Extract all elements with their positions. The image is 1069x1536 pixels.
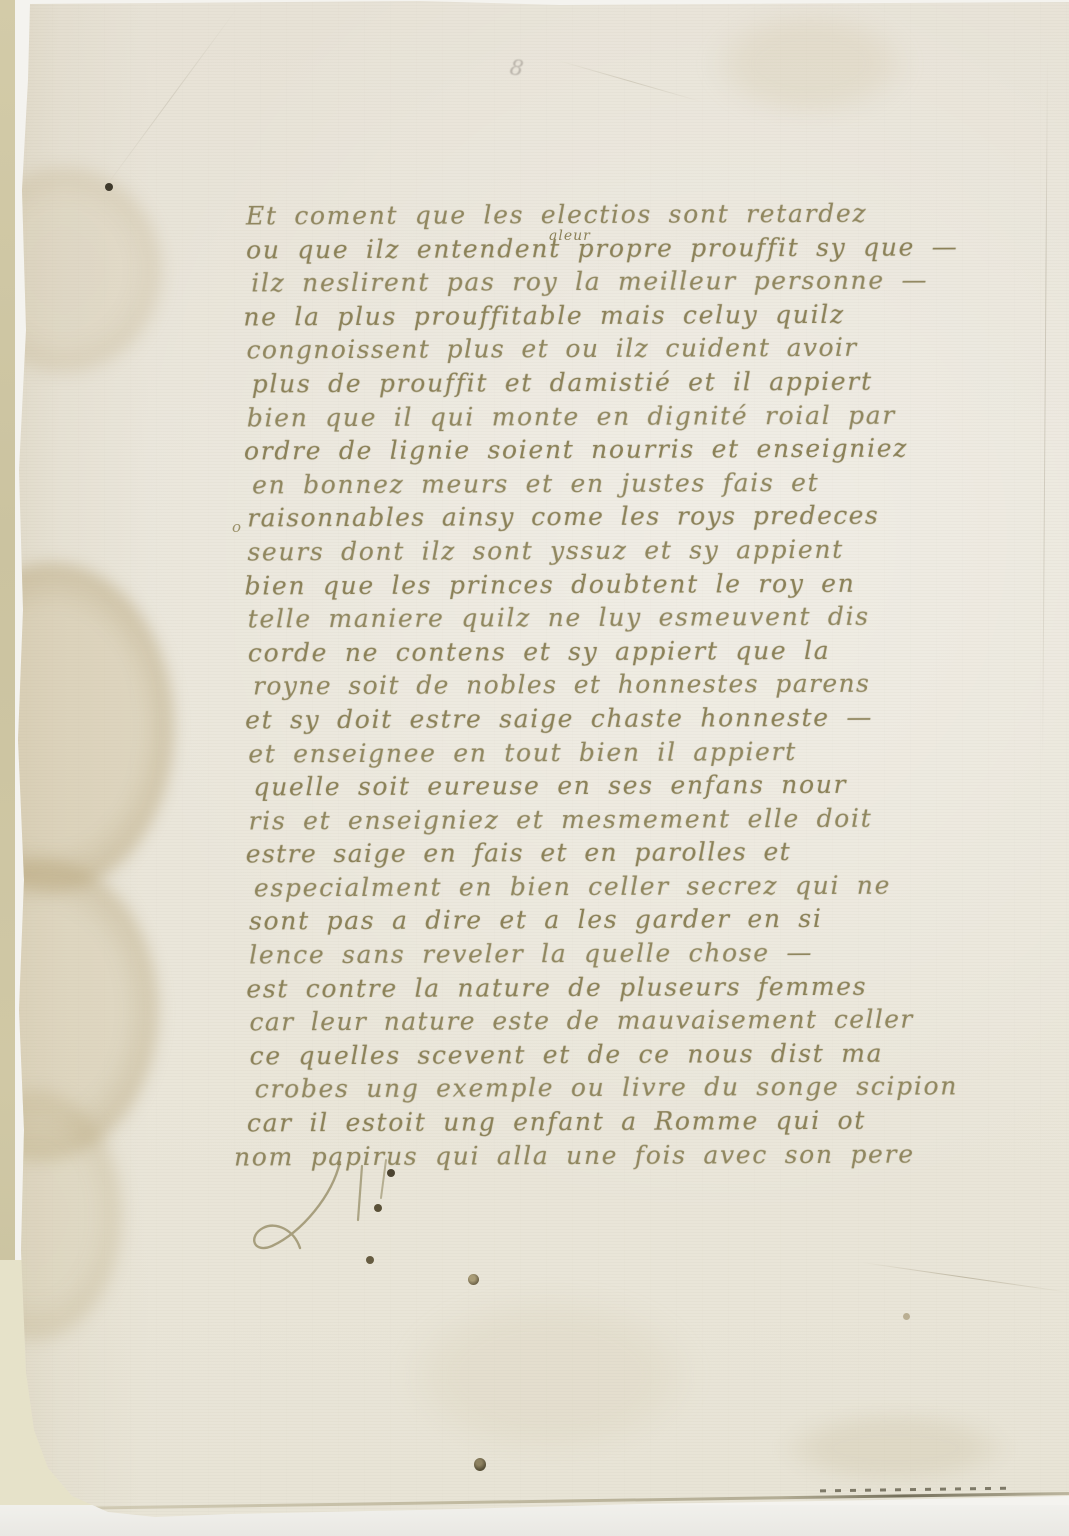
manuscript-line: crobes ung exemple ou livre du songe sci…: [255, 1070, 918, 1106]
water-stain-top-right: [690, 5, 930, 135]
water-stain-left-upper: [0, 540, 220, 930]
manuscript-line: royne soit de nobles et honnestes parens: [253, 667, 916, 703]
pen-flourish: [240, 1158, 420, 1278]
ink-dot: [374, 1204, 382, 1212]
water-stain-top-left: [0, 150, 190, 390]
manuscript-line: telle maniere quilz ne luy esmeuvent dis: [248, 600, 916, 637]
stain-bottom-right: [770, 1408, 1020, 1488]
manuscript-line: car il estoit ung enfant a Romme qui ot: [247, 1104, 918, 1141]
ink-dot: [474, 1458, 486, 1471]
manuscript-line: car leur nature este de mauvaisement cel…: [249, 1003, 917, 1040]
manuscript-line: raisonnables ainsy come les roys predece…: [247, 499, 915, 536]
stain-bottom-center: [380, 1280, 720, 1470]
manuscript-line: ce quelles scevent et de ce nous dist ma: [250, 1036, 918, 1073]
margin-mark: o: [232, 518, 241, 536]
manuscript-line: ou que ilz entendent propre prouffit sy …: [246, 230, 914, 267]
ink-dot: [366, 1256, 374, 1264]
manuscript-line: bien que les princes doubtent le roy en: [244, 566, 915, 603]
manuscript-line: ilz neslirent pas roy la meilleur person…: [251, 264, 914, 300]
manuscript-line: corde ne contens et sy appiert que la: [248, 633, 916, 670]
fold-crease-bottom-right: [862, 1262, 1068, 1293]
fold-crease-top-left: [100, 7, 238, 194]
ink-dot: [105, 183, 113, 191]
manuscript-line: sont pas a dire et a les garder en si: [249, 902, 917, 939]
manuscript-line: congnoissent plus et ou ilz cuident avoi…: [246, 331, 914, 368]
folio-number: 8: [508, 55, 525, 81]
manuscript-line: en bonnez meurs et en justes fais et: [252, 465, 915, 501]
manuscript-line: seurs dont ilz sont yssuz et sy appient: [247, 532, 915, 569]
page-bottom-edge-speckle: [820, 1487, 1015, 1493]
manuscript-line: ordre de lignie soient nourris et enseig…: [244, 432, 915, 469]
manuscript-scan: 8 o aleur Et coment que les electios son…: [0, 0, 1069, 1536]
manuscript-line: bien que il qui monte en dignité roial p…: [247, 398, 915, 435]
manuscript-line: especialment en bien celler secrez qui n…: [254, 868, 917, 904]
water-stain-left-lower: [0, 830, 195, 1190]
manuscript-line: Et coment que les electios sont retardez: [246, 197, 914, 234]
manuscript-line: est contre la nature de pluseurs femmes: [246, 969, 917, 1006]
ink-dot: [468, 1274, 479, 1285]
fold-crease-right: [1042, 55, 1048, 765]
ink-dot: [903, 1313, 910, 1320]
manuscript-page: 8 o aleur Et coment que les electios son…: [0, 0, 1069, 1536]
handwritten-text-block: Et coment que les electios sont retardez…: [246, 197, 918, 1174]
manuscript-line: estre saige en fais et en parolles et: [246, 835, 917, 872]
fold-crease-top-right: [558, 60, 702, 102]
manuscript-line: et enseignee en tout bien il appiert: [248, 734, 916, 771]
manuscript-line: lence sans reveler la quelle chose —: [249, 936, 917, 973]
manuscript-line: nom papirus qui alla une fois avec son p…: [234, 1137, 918, 1174]
manuscript-line: ris et enseigniez et mesmement elle doit: [249, 801, 917, 838]
manuscript-line: ne la plus prouffitable mais celuy quilz: [243, 297, 914, 334]
manuscript-line: quelle soit eureuse en ses enfans nour: [253, 768, 916, 804]
manuscript-line: plus de prouffit et damistié et il appie…: [252, 365, 915, 401]
manuscript-line: et sy doit estre saige chaste honneste —: [245, 700, 916, 737]
